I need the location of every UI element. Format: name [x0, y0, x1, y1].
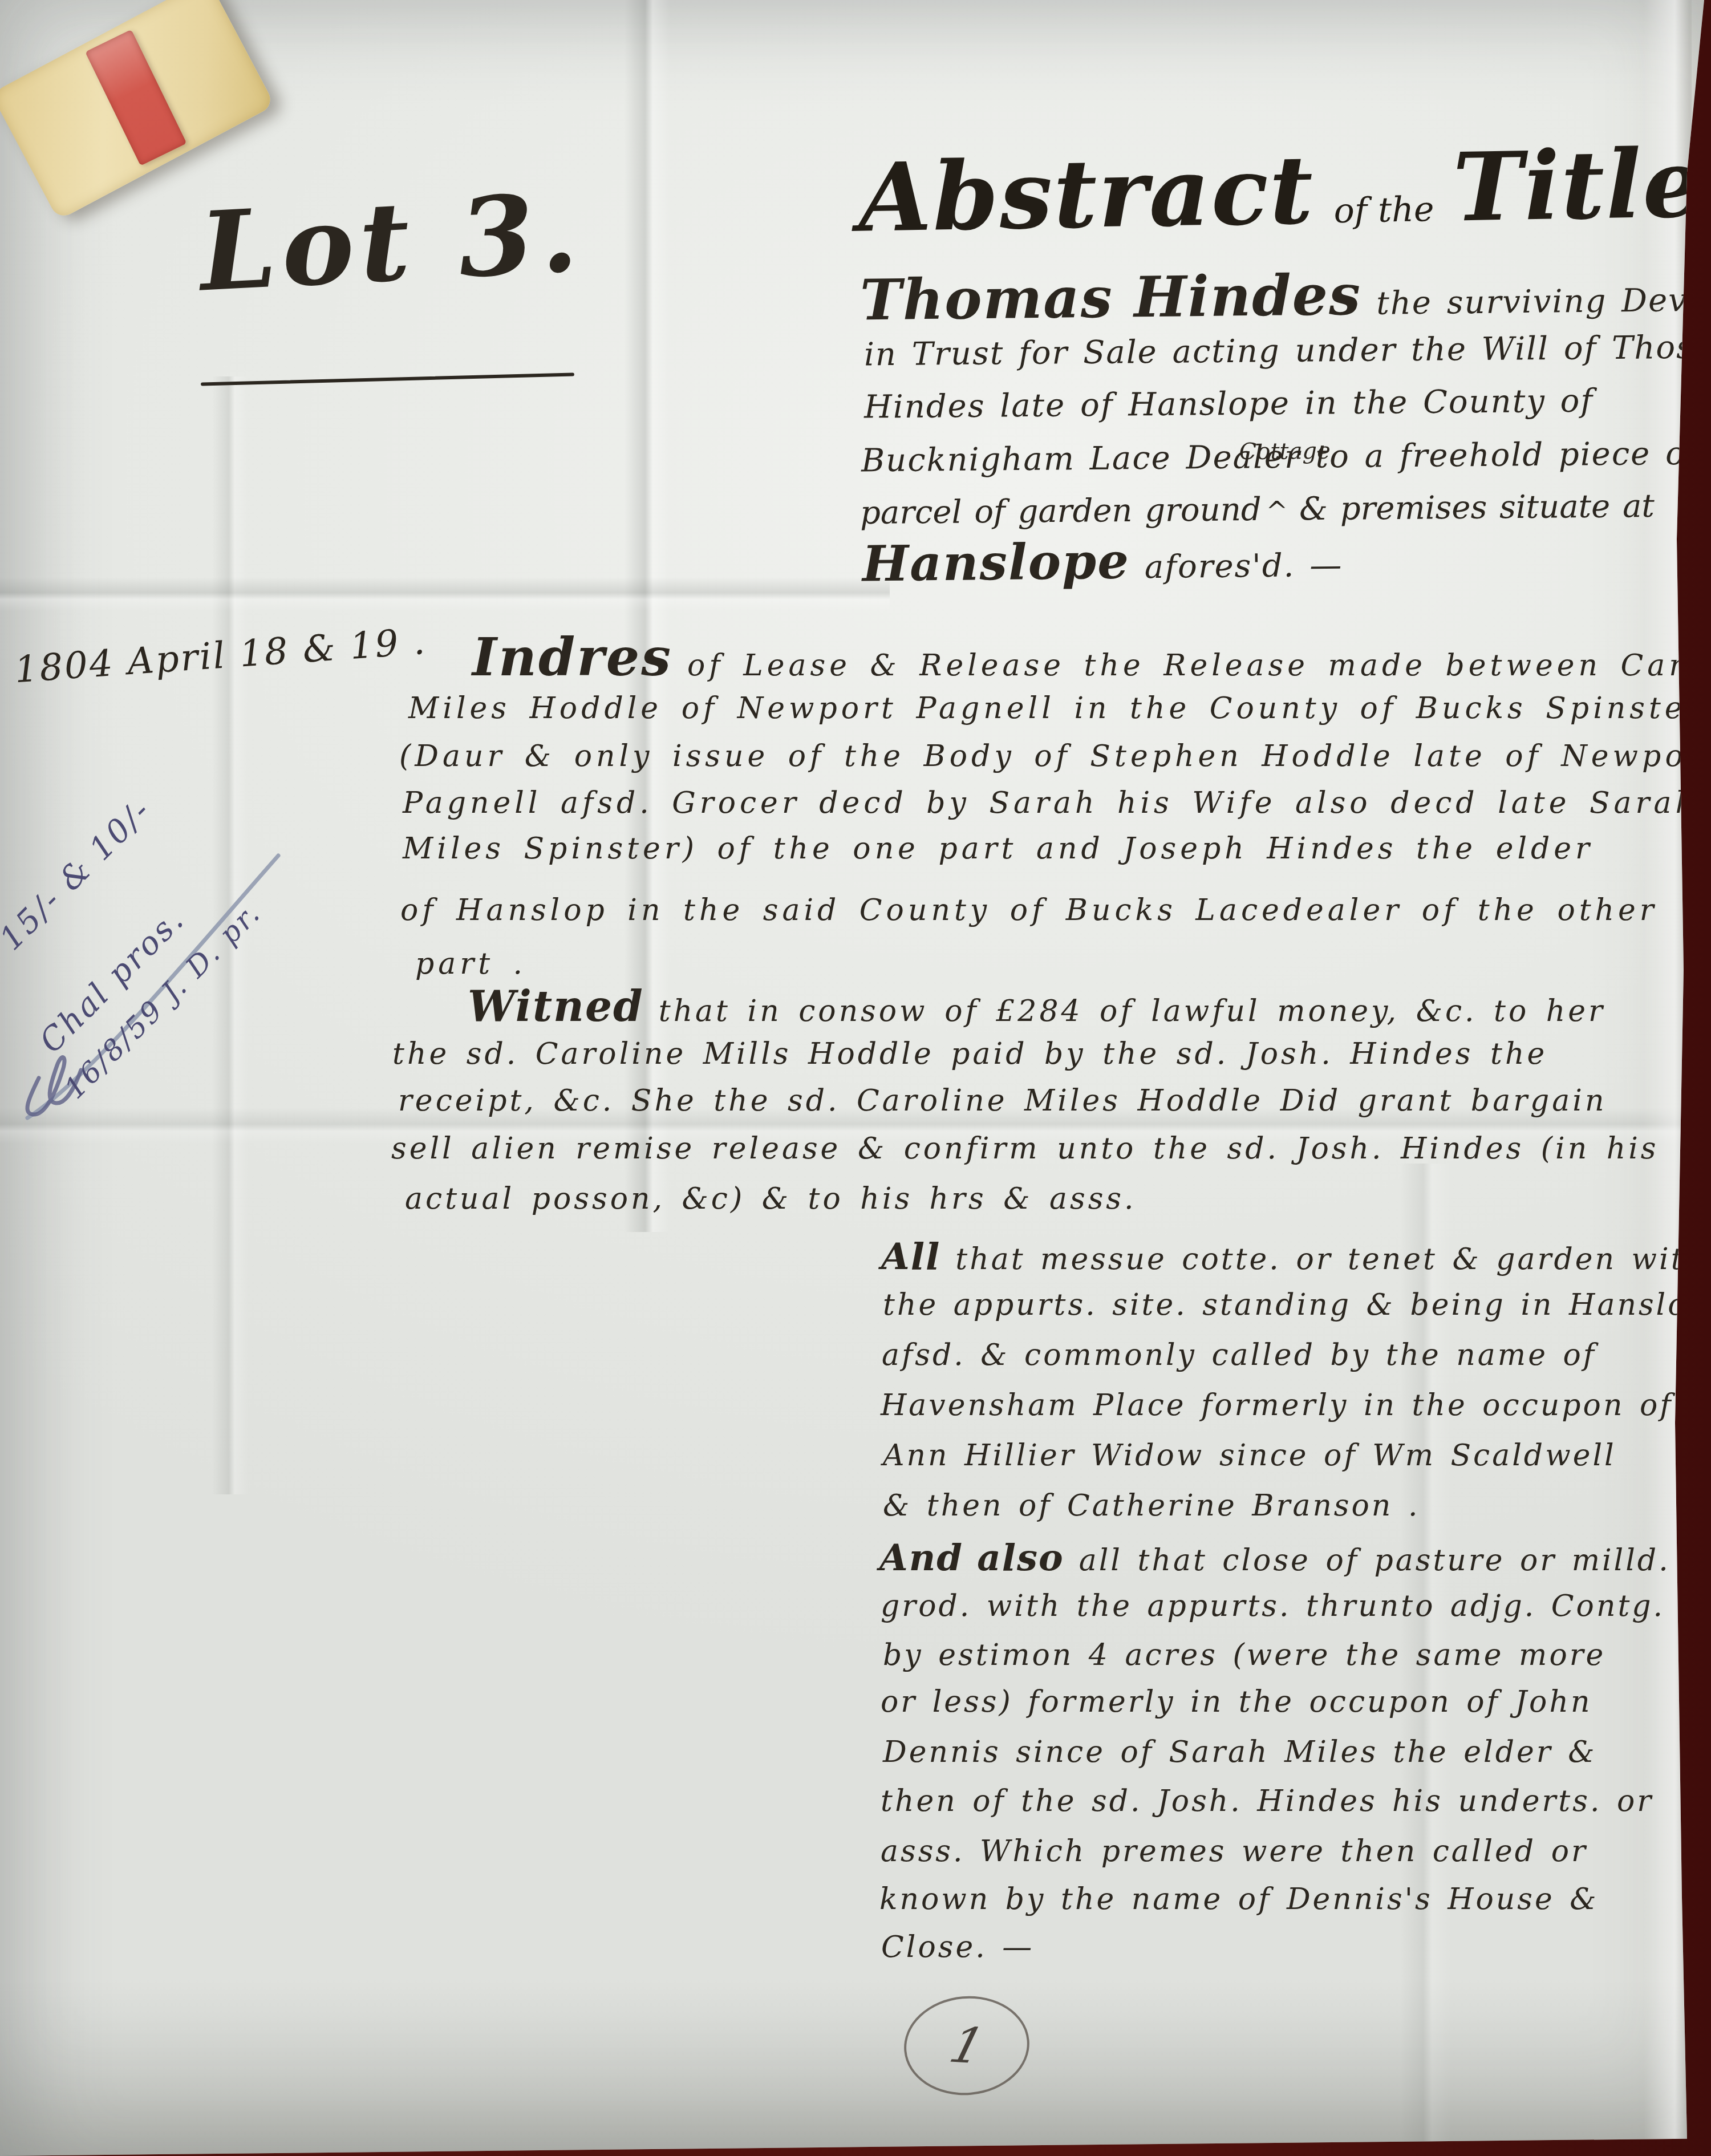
lot-label: Lot 3.	[197, 179, 586, 307]
parcel1-line-1: All that messue cotte. or tenet & garden…	[881, 1239, 1706, 1275]
parcel2-line-6: then of the sd. Josh. Hindes his underts…	[881, 1786, 1653, 1816]
para1-line-1-rest: of Lease & Release the Release made betw…	[687, 651, 1711, 680]
deed-para2-line-2: the sd. Caroline Mills Hoddle paid by th…	[392, 1039, 1547, 1069]
title-line-6-pre: parcel of garden ground	[860, 491, 1262, 532]
inserted-word-cottage: Cottage	[1239, 440, 1331, 463]
parcel2-line-8: known by the name of Dennis's House &	[879, 1885, 1599, 1914]
title-line-6-post: & premises situate at	[1299, 488, 1655, 528]
insertion-mark: Cottage^	[1266, 494, 1288, 526]
deed-para1-line-6: of Hanslop in the said County of Bucks L…	[400, 895, 1658, 925]
margin-signature-flourish	[5, 810, 301, 1129]
deed-para1-line-7: part .	[415, 949, 526, 979]
title-word-abstract: Abstract	[858, 143, 1315, 245]
title-line-7-rest: afores'd. —	[1145, 550, 1343, 584]
deed-para1-line-1: Indres of Lease & Release the Release ma…	[472, 631, 1711, 683]
parcel2-line-3: by estimon 4 acres (were the same more	[883, 1640, 1605, 1670]
deed-para1-line-4: Pagnell afsd. Grocer decd by Sarah his W…	[403, 788, 1698, 818]
margin-date: 1804 April 18 & 19 .	[14, 623, 428, 688]
title-line-4: Hindes late of Hanslope in the County of	[864, 385, 1594, 423]
title-line-2: Thomas Hindes the surviving Devisee	[860, 264, 1711, 329]
page-number: 1	[943, 2017, 990, 2075]
parcel1-line-5: Ann Hillier Widow since of Wm Scaldwell	[883, 1441, 1616, 1470]
lot-underline	[201, 372, 574, 386]
deed-para2-line-4: sell alien remise release & confirm unto…	[391, 1134, 1659, 1164]
bottom-shading	[0, 1979, 1711, 2156]
parcel2-line-4: or less) formerly in the occupon of John	[881, 1687, 1592, 1717]
caret-mark: ^	[1266, 496, 1288, 526]
deed-para1-line-2: Miles Hoddle of Newport Pagnell in the C…	[408, 694, 1705, 723]
title-line-1: Abstract of the Title of Mr	[858, 134, 1711, 245]
title-line-7: Hanslope afores'd. —	[862, 535, 1343, 589]
para1-lead-word: Indres	[472, 631, 672, 683]
document-page: Lot 3. Abstract of the Title of Mr Thoma…	[0, 0, 1711, 2156]
parcel2-line-7: asss. Which premes were then called or	[881, 1837, 1588, 1866]
title-line-2-rest: the surviving Devisee	[1376, 284, 1711, 320]
deed-para1-line-5: Miles Spinster) of the one part and Jose…	[403, 834, 1594, 864]
parcel2-line-9: Close. —	[881, 1932, 1034, 1962]
fold-crease-horizontal-upper	[0, 577, 890, 611]
parcel2-line-1-rest: all that close of pasture or milld.	[1079, 1546, 1671, 1575]
parcel2-line-2: grod. with the appurts. thrunto adjg. Co…	[881, 1591, 1665, 1621]
para2-line-1-rest: that in consow of £284 of lawful money, …	[659, 996, 1605, 1026]
title-name: Thomas Hindes	[860, 268, 1362, 329]
margin-note-amounts: 15/- & 10/-	[0, 793, 157, 956]
parcel1-line-3: afsd. & commonly called by the name of	[882, 1340, 1596, 1370]
title-line-6: parcel of garden groundCottage^& premise…	[860, 491, 1655, 529]
title-line-3: in Trust for Sale acting under the Will …	[864, 332, 1705, 371]
parcel2-line-5: Dennis since of Sarah Miles the elder &	[883, 1737, 1596, 1767]
title-of-the: of the	[1333, 192, 1434, 228]
title-word-title: Title	[1452, 136, 1704, 235]
parcel1-lead-word: All	[881, 1239, 940, 1275]
paper-edge-highlight	[1644, 0, 1692, 2156]
deed-para1-line-3: (Daur & only issue of the Body of Stephe…	[399, 741, 1711, 771]
parcel2-lead-word: And also	[879, 1540, 1064, 1577]
title-word-hanslope: Hanslope	[862, 537, 1130, 589]
parcel1-line-1-rest: that messue cotte. or tenet & garden wit…	[955, 1245, 1706, 1274]
deed-para2-line-5: actual posson, &c) & to his hrs & asss.	[405, 1184, 1137, 1214]
deed-para2-line-3: receipt, &c. She the sd. Caroline Miles …	[398, 1086, 1607, 1116]
red-ribbon	[86, 30, 187, 166]
parcel1-line-6: & then of Catherine Branson .	[883, 1491, 1420, 1521]
parcel1-line-4: Havensham Place formerly in the occupon …	[881, 1391, 1673, 1420]
parcel2-line-1: And also all that close of pasture or mi…	[879, 1540, 1671, 1577]
page-number-oval: 1	[900, 1991, 1033, 2101]
paper-vignette	[0, 0, 1711, 2156]
parcel1-line-2: the appurts. site. standing & being in H…	[883, 1290, 1711, 1320]
deed-para2-line-1: Witned that in consow of £284 of lawful …	[468, 986, 1605, 1028]
para2-lead-word: Witned	[468, 986, 644, 1028]
